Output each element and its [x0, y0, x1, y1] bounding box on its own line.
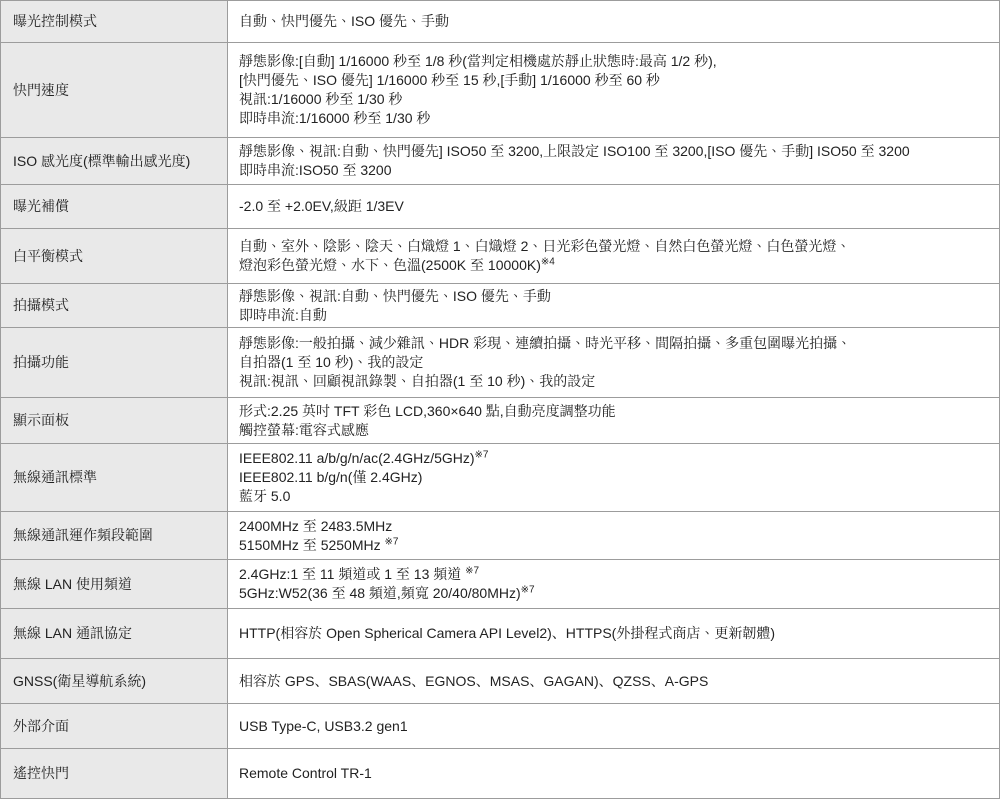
spec-row: 遙控快門Remote Control TR-1: [1, 749, 1000, 799]
spec-line: 靜態影像、視訊:自動、快門優先] ISO50 至 3200,上限設定 ISO10…: [239, 142, 991, 161]
spec-value: 形式:2.25 英吋 TFT 彩色 LCD,360×640 點,自動亮度調整功能…: [228, 398, 1000, 444]
spec-line: HTTP(相容於 Open Spherical Camera API Level…: [239, 624, 991, 643]
spec-value: 自動、快門優先、ISO 優先、手動: [228, 1, 1000, 43]
spec-value: 2.4GHz:1 至 11 頻道或 1 至 13 頻道 ※75GHz:W52(3…: [228, 560, 1000, 609]
spec-line: 自拍器(1 至 10 秒)、我的設定: [239, 353, 991, 372]
spec-line-text: 視訊:1/16000 秒至 1/30 秒: [239, 91, 402, 107]
spec-line-text: 靜態影像、視訊:自動、快門優先] ISO50 至 3200,上限設定 ISO10…: [239, 143, 910, 159]
spec-line: 靜態影像:一般拍攝、減少雜訊、HDR 彩現、連續拍攝、時光平移、間隔拍攝、多重包…: [239, 334, 991, 353]
spec-label: 拍攝模式: [1, 284, 228, 328]
spec-line-text: 靜態影像、視訊:自動、快門優先、ISO 優先、手動: [239, 288, 551, 304]
spec-table-body: 曝光控制模式自動、快門優先、ISO 優先、手動快門速度靜態影像:[自動] 1/1…: [1, 1, 1000, 799]
spec-line: IEEE802.11 b/g/n(僅 2.4GHz): [239, 468, 991, 487]
spec-line: 即時串流:ISO50 至 3200: [239, 161, 991, 180]
spec-line: 靜態影像、視訊:自動、快門優先、ISO 優先、手動: [239, 287, 991, 306]
spec-value: IEEE802.11 a/b/g/n/ac(2.4GHz/5GHz)※7IEEE…: [228, 444, 1000, 512]
spec-line: 視訊:視訊、回顧視訊錄製、自拍器(1 至 10 秒)、我的設定: [239, 372, 991, 391]
spec-line: 視訊:1/16000 秒至 1/30 秒: [239, 90, 991, 109]
spec-row: 拍攝模式靜態影像、視訊:自動、快門優先、ISO 優先、手動即時串流:自動: [1, 284, 1000, 328]
spec-label: 無線 LAN 使用頻道: [1, 560, 228, 609]
spec-row: 顯示面板形式:2.25 英吋 TFT 彩色 LCD,360×640 點,自動亮度…: [1, 398, 1000, 444]
spec-label: 無線通訊運作頻段範圍: [1, 512, 228, 560]
footnote-ref: ※7: [465, 565, 479, 576]
spec-line: 觸控螢幕:電容式感應: [239, 421, 991, 440]
spec-line-text: [快門優先、ISO 優先] 1/16000 秒至 15 秒,[手動] 1/160…: [239, 72, 660, 88]
spec-value: 靜態影像:一般拍攝、減少雜訊、HDR 彩現、連續拍攝、時光平移、間隔拍攝、多重包…: [228, 328, 1000, 398]
spec-line: 相容於 GPS、SBAS(WAAS、EGNOS、MSAS、GAGAN)、QZSS…: [239, 672, 991, 691]
spec-line-text: 形式:2.25 英吋 TFT 彩色 LCD,360×640 點,自動亮度調整功能: [239, 403, 616, 419]
spec-label: 無線 LAN 通訊協定: [1, 609, 228, 659]
spec-value: HTTP(相容於 Open Spherical Camera API Level…: [228, 609, 1000, 659]
spec-line-text: USB Type-C, USB3.2 gen1: [239, 718, 408, 734]
spec-value: USB Type-C, USB3.2 gen1: [228, 704, 1000, 749]
spec-label: 白平衡模式: [1, 229, 228, 284]
spec-line: -2.0 至 +2.0EV,級距 1/3EV: [239, 197, 991, 216]
spec-line: 2400MHz 至 2483.5MHz: [239, 517, 991, 536]
spec-line: 靜態影像:[自動] 1/16000 秒至 1/8 秒(當判定相機處於靜止狀態時:…: [239, 52, 991, 71]
spec-line: USB Type-C, USB3.2 gen1: [239, 717, 991, 736]
spec-line-text: 自動、室外、陰影、陰天、白熾燈 1、白熾燈 2、日光彩色螢光燈、自然白色螢光燈、…: [239, 238, 850, 254]
spec-line-text: 自動、快門優先、ISO 優先、手動: [239, 13, 449, 29]
spec-line: 形式:2.25 英吋 TFT 彩色 LCD,360×640 點,自動亮度調整功能: [239, 402, 991, 421]
spec-line: 即時串流:1/16000 秒至 1/30 秒: [239, 109, 991, 128]
spec-row: GNSS(衛星導航系統)相容於 GPS、SBAS(WAAS、EGNOS、MSAS…: [1, 659, 1000, 704]
footnote-ref: ※4: [541, 256, 555, 267]
spec-value: 靜態影像、視訊:自動、快門優先] ISO50 至 3200,上限設定 ISO10…: [228, 138, 1000, 185]
spec-value: 靜態影像、視訊:自動、快門優先、ISO 優先、手動即時串流:自動: [228, 284, 1000, 328]
spec-line-text: 靜態影像:一般拍攝、減少雜訊、HDR 彩現、連續拍攝、時光平移、間隔拍攝、多重包…: [239, 335, 851, 351]
spec-row: 白平衡模式自動、室外、陰影、陰天、白熾燈 1、白熾燈 2、日光彩色螢光燈、自然白…: [1, 229, 1000, 284]
spec-line-text: IEEE802.11 a/b/g/n/ac(2.4GHz/5GHz): [239, 450, 475, 466]
footnote-ref: ※7: [385, 536, 399, 547]
spec-line-text: -2.0 至 +2.0EV,級距 1/3EV: [239, 198, 404, 214]
spec-row: 無線通訊標準IEEE802.11 a/b/g/n/ac(2.4GHz/5GHz)…: [1, 444, 1000, 512]
spec-line: [快門優先、ISO 優先] 1/16000 秒至 15 秒,[手動] 1/160…: [239, 71, 991, 90]
spec-table: 曝光控制模式自動、快門優先、ISO 優先、手動快門速度靜態影像:[自動] 1/1…: [0, 0, 1000, 799]
spec-line: 自動、快門優先、ISO 優先、手動: [239, 12, 991, 31]
spec-line-text: 即時串流:1/16000 秒至 1/30 秒: [239, 110, 430, 126]
spec-row: 拍攝功能靜態影像:一般拍攝、減少雜訊、HDR 彩現、連續拍攝、時光平移、間隔拍攝…: [1, 328, 1000, 398]
spec-line-text: IEEE802.11 b/g/n(僅 2.4GHz): [239, 469, 422, 485]
spec-row: 曝光控制模式自動、快門優先、ISO 優先、手動: [1, 1, 1000, 43]
spec-line-text: 自拍器(1 至 10 秒)、我的設定: [239, 354, 423, 370]
footnote-ref: ※7: [521, 584, 535, 595]
spec-line: 自動、室外、陰影、陰天、白熾燈 1、白熾燈 2、日光彩色螢光燈、自然白色螢光燈、…: [239, 237, 991, 256]
spec-line-text: Remote Control TR-1: [239, 765, 372, 781]
spec-label: ISO 感光度(標準輸出感光度): [1, 138, 228, 185]
spec-row: 曝光補償-2.0 至 +2.0EV,級距 1/3EV: [1, 185, 1000, 229]
spec-line: IEEE802.11 a/b/g/n/ac(2.4GHz/5GHz)※7: [239, 449, 991, 468]
spec-value: 相容於 GPS、SBAS(WAAS、EGNOS、MSAS、GAGAN)、QZSS…: [228, 659, 1000, 704]
spec-value: 2400MHz 至 2483.5MHz5150MHz 至 5250MHz ※7: [228, 512, 1000, 560]
spec-line: 5150MHz 至 5250MHz ※7: [239, 536, 991, 555]
spec-row: 無線 LAN 通訊協定HTTP(相容於 Open Spherical Camer…: [1, 609, 1000, 659]
spec-line-text: 靜態影像:[自動] 1/16000 秒至 1/8 秒(當判定相機處於靜止狀態時:…: [239, 53, 717, 69]
spec-label: 無線通訊標準: [1, 444, 228, 512]
spec-row: 快門速度靜態影像:[自動] 1/16000 秒至 1/8 秒(當判定相機處於靜止…: [1, 43, 1000, 138]
spec-row: 無線通訊運作頻段範圍2400MHz 至 2483.5MHz5150MHz 至 5…: [1, 512, 1000, 560]
spec-row: 無線 LAN 使用頻道2.4GHz:1 至 11 頻道或 1 至 13 頻道 ※…: [1, 560, 1000, 609]
spec-line: 藍牙 5.0: [239, 487, 991, 506]
spec-value: 自動、室外、陰影、陰天、白熾燈 1、白熾燈 2、日光彩色螢光燈、自然白色螢光燈、…: [228, 229, 1000, 284]
spec-line: Remote Control TR-1: [239, 764, 991, 783]
spec-label: 曝光補償: [1, 185, 228, 229]
spec-value: Remote Control TR-1: [228, 749, 1000, 799]
spec-line-text: 2400MHz 至 2483.5MHz: [239, 518, 392, 534]
spec-value: 靜態影像:[自動] 1/16000 秒至 1/8 秒(當判定相機處於靜止狀態時:…: [228, 43, 1000, 138]
spec-label: 曝光控制模式: [1, 1, 228, 43]
spec-line-text: 即時串流:自動: [239, 307, 327, 323]
spec-line-text: HTTP(相容於 Open Spherical Camera API Level…: [239, 625, 775, 641]
spec-line: 燈泡彩色螢光燈、水下、色溫(2500K 至 10000K)※4: [239, 256, 991, 275]
spec-line-text: 藍牙 5.0: [239, 488, 290, 504]
spec-line-text: 2.4GHz:1 至 11 頻道或 1 至 13 頻道: [239, 566, 465, 582]
spec-label: 快門速度: [1, 43, 228, 138]
spec-line-text: 即時串流:ISO50 至 3200: [239, 162, 392, 178]
spec-row: 外部介面USB Type-C, USB3.2 gen1: [1, 704, 1000, 749]
footnote-ref: ※7: [475, 449, 489, 460]
spec-line-text: 視訊:視訊、回顧視訊錄製、自拍器(1 至 10 秒)、我的設定: [239, 373, 595, 389]
spec-line-text: 相容於 GPS、SBAS(WAAS、EGNOS、MSAS、GAGAN)、QZSS…: [239, 673, 708, 689]
spec-label: 外部介面: [1, 704, 228, 749]
spec-value: -2.0 至 +2.0EV,級距 1/3EV: [228, 185, 1000, 229]
spec-label: GNSS(衛星導航系統): [1, 659, 228, 704]
spec-line: 5GHz:W52(36 至 48 頻道,頻寬 20/40/80MHz)※7: [239, 584, 991, 603]
spec-line-text: 5150MHz 至 5250MHz: [239, 537, 385, 553]
spec-line-text: 燈泡彩色螢光燈、水下、色溫(2500K 至 10000K): [239, 257, 541, 273]
spec-label: 拍攝功能: [1, 328, 228, 398]
spec-label: 遙控快門: [1, 749, 228, 799]
spec-line-text: 觸控螢幕:電容式感應: [239, 422, 369, 438]
spec-line-text: 5GHz:W52(36 至 48 頻道,頻寬 20/40/80MHz): [239, 585, 521, 601]
spec-label: 顯示面板: [1, 398, 228, 444]
spec-line: 即時串流:自動: [239, 306, 991, 325]
spec-row: ISO 感光度(標準輸出感光度)靜態影像、視訊:自動、快門優先] ISO50 至…: [1, 138, 1000, 185]
spec-line: 2.4GHz:1 至 11 頻道或 1 至 13 頻道 ※7: [239, 565, 991, 584]
